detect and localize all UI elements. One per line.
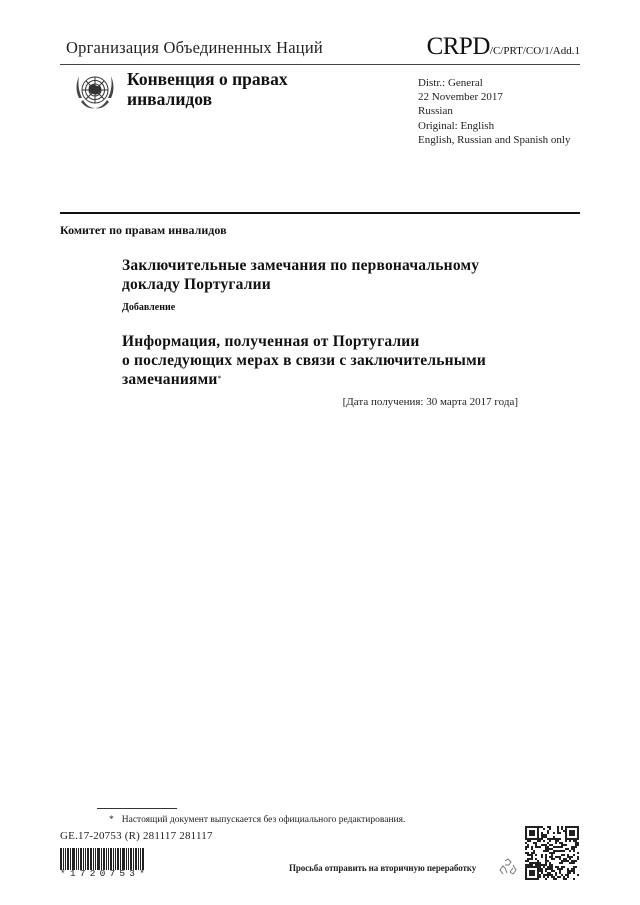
concluding-title-line2: докладу Португалии <box>122 276 479 295</box>
convention-title-line1: Конвенция о правах <box>127 69 288 89</box>
addendum-label: Добавление <box>122 302 175 313</box>
info-title-line3: замечаниями <box>122 371 217 388</box>
distribution-date: 22 November 2017 <box>418 90 570 104</box>
convention-title-line2: инвалидов <box>127 89 288 109</box>
organization-name: Организация Объединенных Наций <box>66 38 323 58</box>
info-title-line1: Информация, полученная от Португалии <box>122 333 486 352</box>
distribution-block: Distr.: General 22 November 2017 Russian… <box>418 76 570 147</box>
un-emblem-icon <box>72 68 118 114</box>
footnote: *Настоящий документ выпускается без офиц… <box>109 815 405 825</box>
barcode-icon <box>60 848 150 870</box>
footnote-mark: * <box>109 815 114 825</box>
date-received: [Дата получения: 30 марта 2017 года] <box>343 396 518 408</box>
distribution-type: Distr.: General <box>418 76 570 90</box>
info-title-line2: о последующих мерах в связи с заключител… <box>122 352 486 371</box>
convention-title: Конвенция о правах инвалидов <box>127 69 288 109</box>
original-language: Original: English <box>418 119 570 133</box>
footnote-rule <box>97 808 177 809</box>
document-symbol-suffix: /C/PRT/CO/1/Add.1 <box>490 45 580 57</box>
concluding-title-line1: Заключительные замечания по первоначальн… <box>122 257 479 276</box>
information-title: Информация, полученная от Португалии о п… <box>122 333 486 390</box>
header-rule <box>60 64 580 65</box>
qr-code-icon <box>525 826 579 880</box>
distribution-language: Russian <box>418 104 570 118</box>
recycle-text: Просьба отправить на вторичную переработ… <box>289 863 476 873</box>
document-code: GE.17-20753 (R) 281117 281117 <box>60 830 213 842</box>
concluding-observations-title: Заключительные замечания по первоначальн… <box>122 257 479 294</box>
document-symbol-main: CRPD <box>427 33 490 60</box>
languages-only: English, Russian and Spanish only <box>418 133 570 147</box>
document-symbol: CRPD/C/PRT/CO/1/Add.1 <box>427 33 580 61</box>
committee-name: Комитет по правам инвалидов <box>60 223 227 238</box>
footnote-text: Настоящий документ выпускается без офици… <box>122 815 406 825</box>
main-rule <box>60 212 580 214</box>
barcode-text: *1720753* <box>60 868 149 879</box>
recycle-icon <box>497 857 519 879</box>
footnote-reference[interactable]: * <box>217 374 221 383</box>
